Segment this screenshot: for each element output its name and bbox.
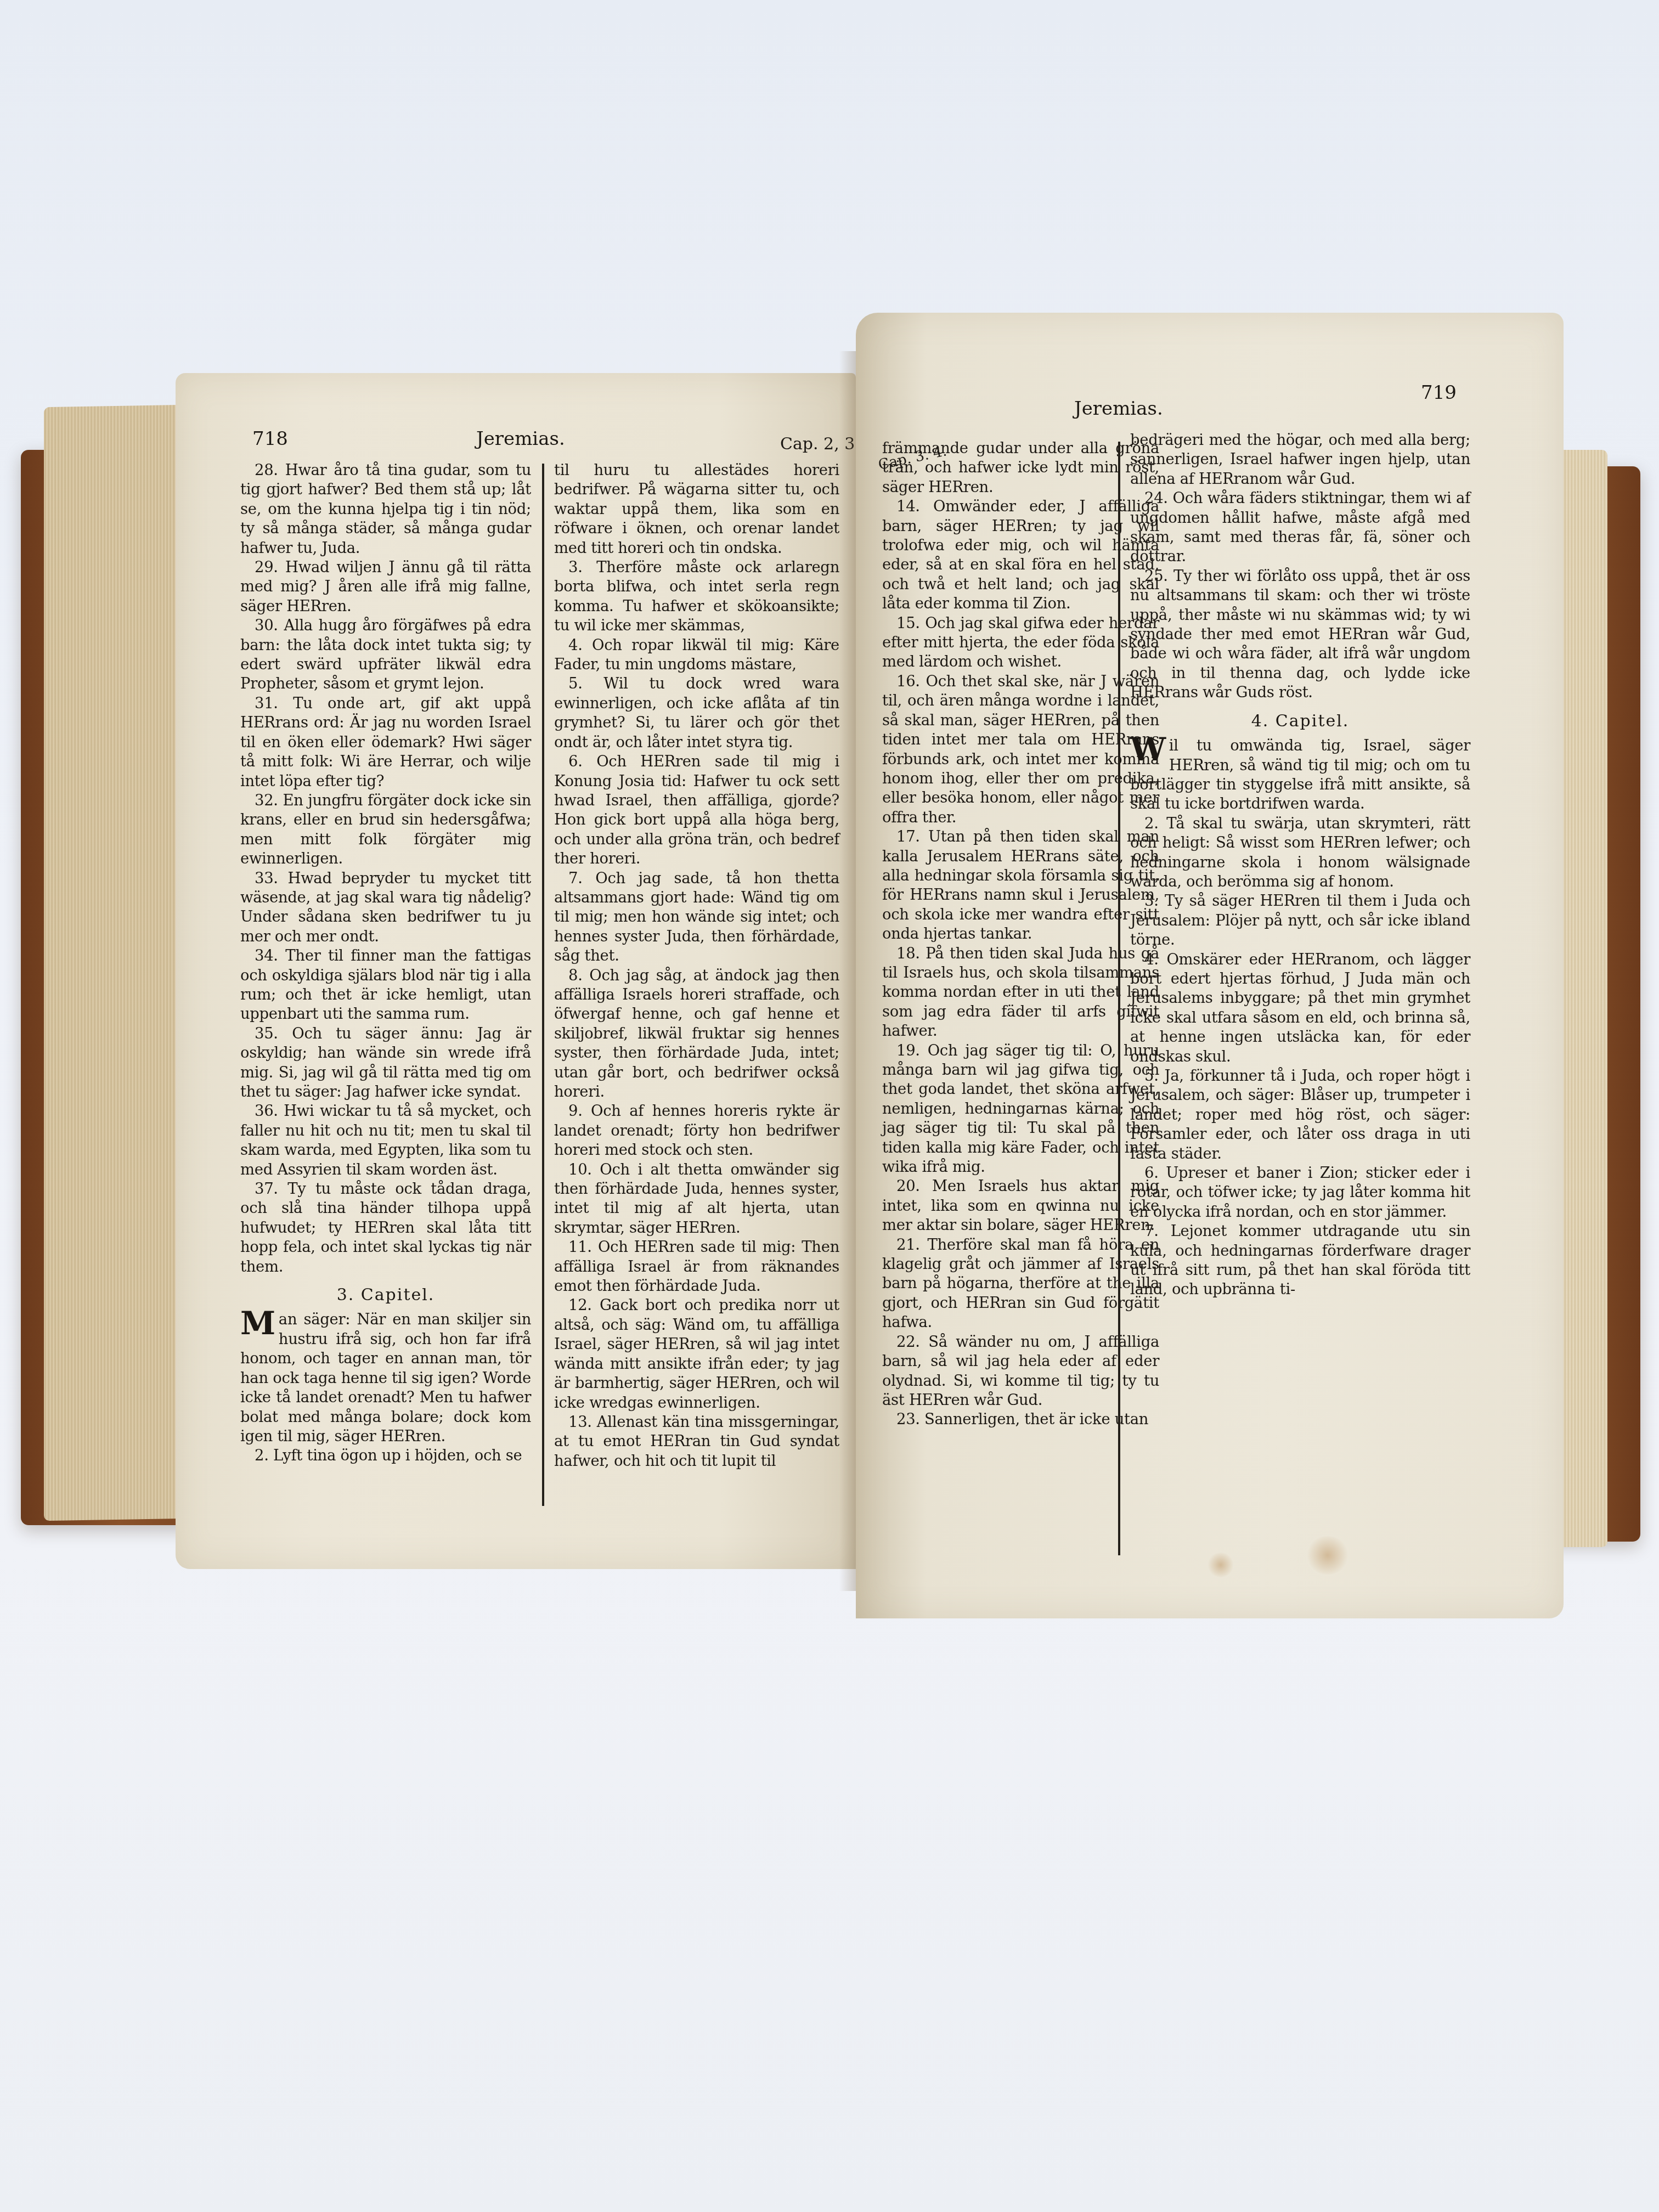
left-page-column-1: 28. Hwar åro tå tina gudar, som tu tig g…: [240, 461, 531, 1466]
right-page-column-2: bedrägeri med the högar, och med alla be…: [1130, 431, 1470, 1300]
foxing-stain: [1207, 1553, 1234, 1577]
verse: 31. Tu onde art, gif akt uppå HERrans or…: [240, 694, 531, 791]
verse: 33. Hwad bepryder tu mycket titt wäsende…: [240, 869, 531, 947]
page-edges-left: [44, 405, 187, 1521]
verse: 3. Ty så säger HERren til them i Juda oc…: [1130, 891, 1470, 950]
verse: 11. Och HERren sade til mig: Then affäll…: [554, 1238, 839, 1296]
verse: 12. Gack bort och predika norr ut altså,…: [554, 1296, 839, 1412]
foxing-stain: [1306, 1536, 1350, 1575]
page-number-right: 719: [1421, 382, 1457, 404]
verse: 5. Wil tu dock wred wara ewinnerligen, o…: [554, 674, 839, 752]
verse: 36. Hwi wickar tu tå så mycket, och fall…: [240, 1102, 531, 1180]
verse: 32. En jungfru förgäter dock icke sin kr…: [240, 791, 531, 869]
verse: 4. Omskärer eder HERranom, och lägger bo…: [1130, 950, 1470, 1066]
verse: 3. Therföre måste ock arlaregn borta bli…: [554, 558, 839, 636]
verse: 2. Tå skal tu swärja, utan skrymteri, rä…: [1130, 814, 1470, 892]
verse: 13. Allenast kän tina missgerningar, at …: [554, 1413, 839, 1471]
chapter-opening-verse: Wil tu omwända tig, Israel, säger HERren…: [1130, 736, 1470, 814]
verse-text: an säger: När en man skiljer sin hustru …: [240, 1311, 531, 1444]
chapter-opening-verse: Man säger: När en man skiljer sin hustru…: [240, 1310, 531, 1446]
verse: 8. Och jag såg, at ändock jag then affäl…: [554, 966, 839, 1102]
verse-continuation: til huru tu allestädes horeri bedrifwer.…: [554, 461, 839, 558]
verse: 30. Alla hugg åro förgäfwes på edra barn…: [240, 616, 531, 694]
drop-initial: W: [1130, 738, 1166, 760]
verse: 9. Och af hennes horeris rykte är landet…: [554, 1102, 839, 1160]
page-number-left: 718: [252, 428, 288, 450]
verse-text: il tu omwända tig, Israel, säger HERren,…: [1130, 737, 1470, 812]
running-head-left: Jeremias.: [476, 428, 565, 450]
left-page-column-2: til huru tu allestädes horeri bedrifwer.…: [554, 461, 839, 1471]
left-page: 718 Jeremias. Cap. 2, 3 28. Hwar åro tå …: [176, 373, 856, 1569]
verse: 24. Och wåra fäders stiktningar, them wi…: [1130, 489, 1470, 567]
verse: 7. Och jag sade, tå hon thetta altsamman…: [554, 869, 839, 966]
verse: 35. Och tu säger ännu: Jag är oskyldig; …: [240, 1024, 531, 1102]
verse: 7. Lejonet kommer utdragande utu sin kul…: [1130, 1222, 1470, 1300]
verse: 28. Hwar åro tå tina gudar, som tu tig g…: [240, 461, 531, 558]
right-page: Jeremias. 719 Cap. 3. 4. främmande gudar…: [856, 313, 1564, 1618]
verse: 6. Och HERren sade til mig i Konung Josi…: [554, 752, 839, 868]
verse-continuation: bedrägeri med the högar, och med alla be…: [1130, 431, 1470, 489]
verse: 29. Hwad wiljen J ännu gå til rätta med …: [240, 558, 531, 616]
verse: 4. Och ropar likwäl til mig: Käre Fader,…: [554, 636, 839, 675]
running-head-right: Jeremias.: [1074, 398, 1163, 420]
verse: 37. Ty tu måste ock tådan draga, och slå…: [240, 1180, 531, 1277]
column-rule-right: [1118, 442, 1120, 1555]
verse: 10. Och i alt thetta omwänder sig then f…: [554, 1160, 839, 1238]
chapter-heading: 3. Capitel.: [240, 1285, 531, 1305]
drop-initial: M: [240, 1312, 275, 1334]
verse: 6. Upreser et baner i Zion; sticker eder…: [1130, 1164, 1470, 1222]
verse: 25. Ty ther wi förlåto oss uppå, thet är…: [1130, 567, 1470, 703]
photo-scene: 718 Jeremias. Cap. 2, 3 28. Hwar åro tå …: [0, 0, 1659, 2212]
verse: 34. Ther til finner man the fattigas och…: [240, 946, 531, 1024]
verse: 5. Ja, förkunner tå i Juda, och roper hö…: [1130, 1066, 1470, 1164]
verse: 2. Lyft tina ögon up i höjden, och se: [240, 1446, 531, 1465]
chapter-heading: 4. Capitel.: [1130, 712, 1470, 731]
column-rule-left: [542, 464, 544, 1506]
